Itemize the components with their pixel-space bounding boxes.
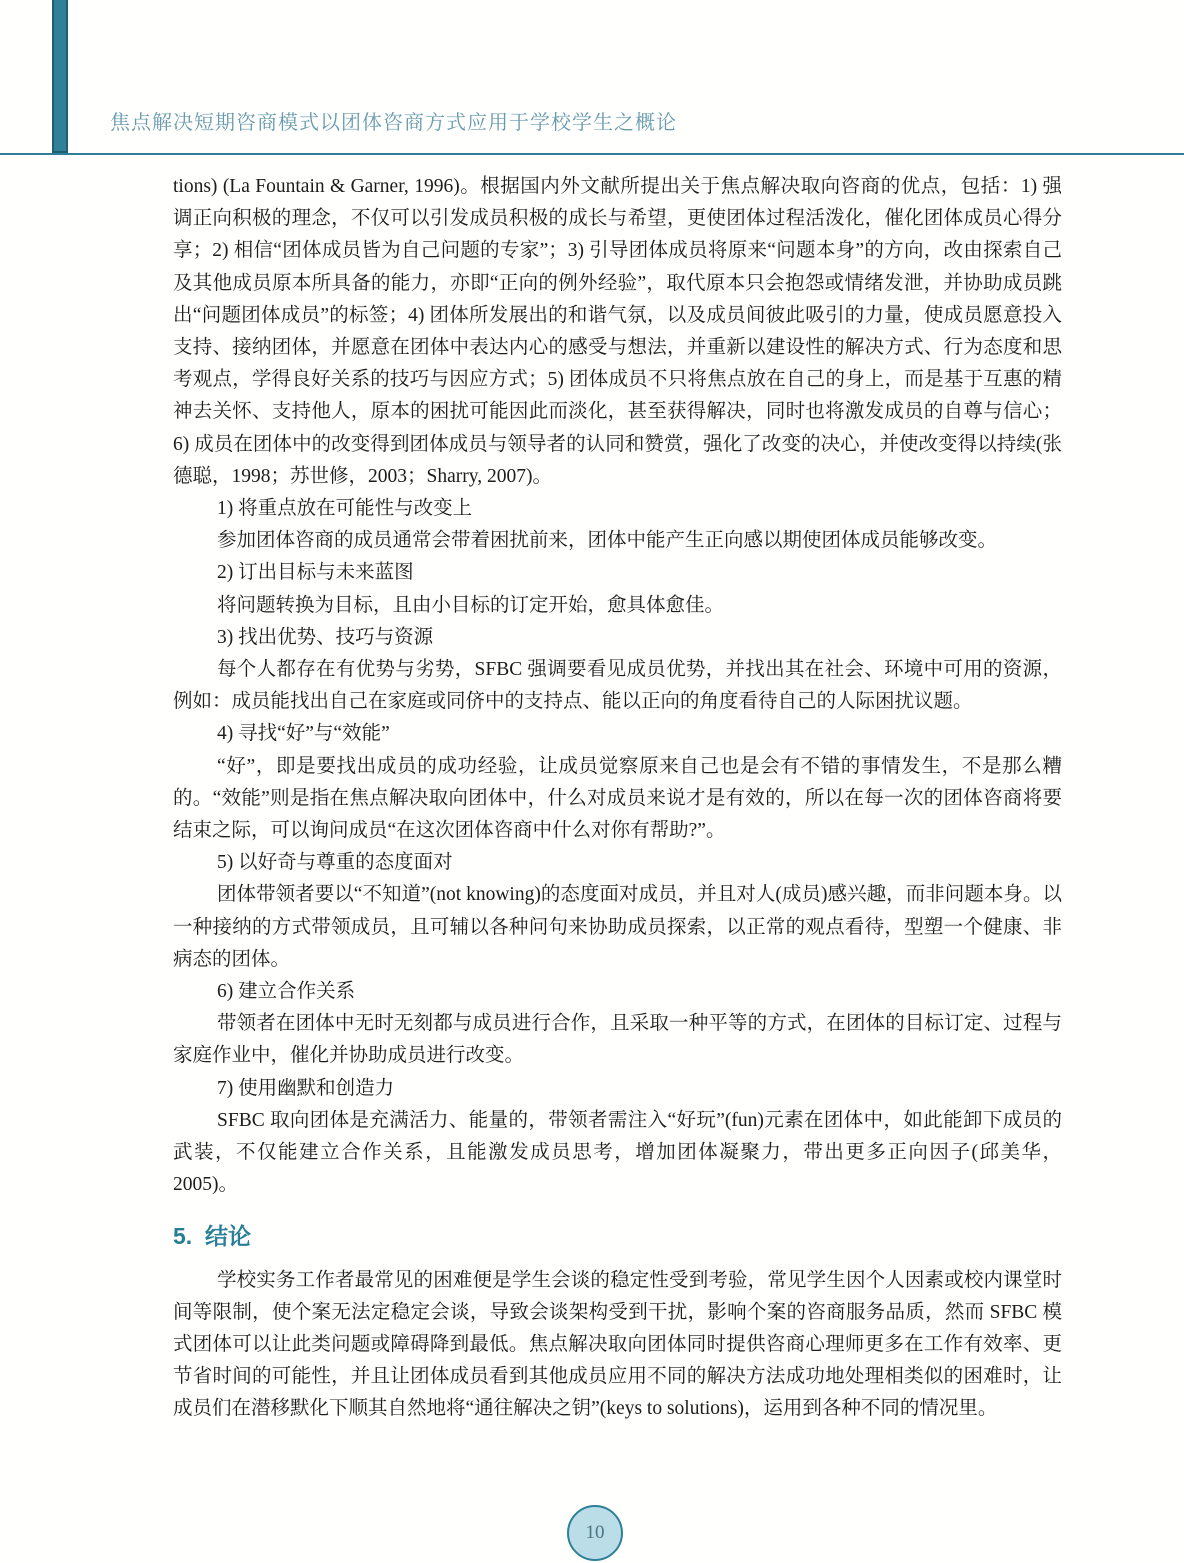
body-paragraph: 将问题转换为目标，且由小目标的订定开始，愈具体愈佳。 xyxy=(173,590,1062,622)
body-paragraph: 带领者在团体中无时无刻都与成员进行合作，且采取一种平等的方式，在团体的目标订定、… xyxy=(173,1008,1062,1072)
body-paragraph: tions) (La Fountain & Garner, 1996)。根据国内… xyxy=(173,171,1062,493)
header-accent-bar xyxy=(52,0,68,153)
body-paragraph: 4) 寻找“好”与“效能” xyxy=(173,718,1062,750)
body-paragraph: 参加团体咨商的成员通常会带着困扰前来，团体中能产生正向感以期使团体成员能够改变。 xyxy=(173,525,1062,557)
body-paragraph: 7) 使用幽默和创造力 xyxy=(173,1073,1062,1105)
body-text: tions) (La Fountain & Garner, 1996)。根据国内… xyxy=(173,171,1062,1426)
document-page: 焦点解决短期咨商模式以团体咨商方式应用于学校学生之概论 tions) (La F… xyxy=(0,0,1184,1563)
body-paragraph: 3) 找出优势、技巧与资源 xyxy=(173,622,1062,654)
page-number-badge: 10 xyxy=(567,1505,623,1561)
body-paragraph: 每个人都存在有优势与劣势，SFBC 强调要看见成员优势，并找出其在社会、环境中可… xyxy=(173,654,1062,718)
body-paragraph: “好”，即是要找出成员的成功经验，让成员觉察原来自己也是会有不错的事情发生，不是… xyxy=(173,751,1062,848)
body-paragraph: 学校实务工作者最常见的困难便是学生会谈的稳定性受到考验，常见学生因个人因素或校内… xyxy=(173,1265,1062,1426)
body-paragraph: 2) 订出目标与未来蓝图 xyxy=(173,557,1062,589)
header-rule xyxy=(0,153,1184,155)
body-paragraph: 团体带领者要以“不知道”(not knowing)的态度面对成员，并且对人(成员… xyxy=(173,879,1062,976)
page-number: 10 xyxy=(586,1522,605,1544)
body-paragraph: 6) 建立合作关系 xyxy=(173,976,1062,1008)
running-title: 焦点解决短期咨商模式以团体咨商方式应用于学校学生之概论 xyxy=(110,110,677,136)
body-paragraph: 5) 以好奇与尊重的态度面对 xyxy=(173,847,1062,879)
body-paragraph: SFBC 取向团体是充满活力、能量的，带领者需注入“好玩”(fun)元素在团体中… xyxy=(173,1105,1062,1202)
section-heading: 5. 结论 xyxy=(173,1223,1062,1250)
body-paragraph: 1) 将重点放在可能性与改变上 xyxy=(173,493,1062,525)
